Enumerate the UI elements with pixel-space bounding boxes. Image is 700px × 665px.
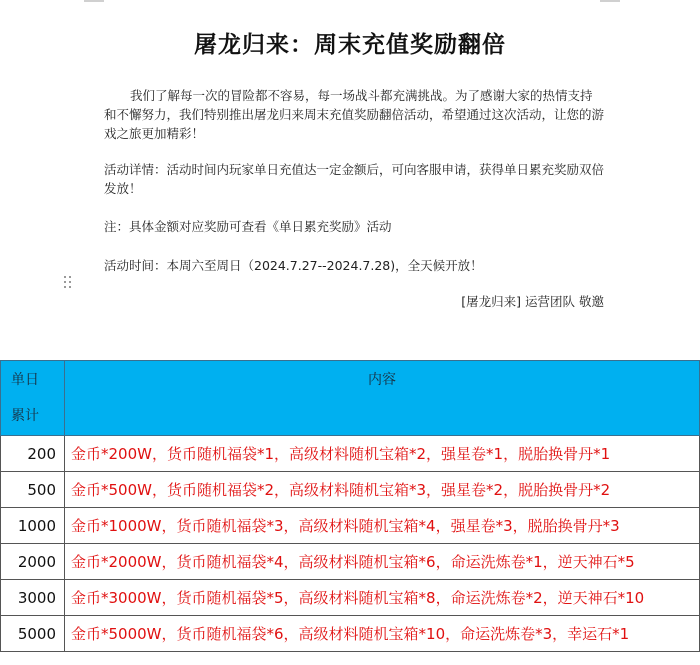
table-header-row: 单日 累计 内容 <box>1 361 700 436</box>
row-content: 金币*5000W，货币随机福袋*6，高级材料随机宝箱*10，命运洗炼卷*3，幸运… <box>65 616 700 652</box>
drag-handle-icon[interactable] <box>64 276 74 290</box>
table-row: 2000 金币*2000W，货币随机福袋*4，高级材料随机宝箱*6，命运洗炼卷*… <box>1 544 700 580</box>
table-row: 1000 金币*1000W，货币随机福袋*3，高级材料随机宝箱*4，强星卷*3，… <box>1 508 700 544</box>
header-content: 内容 <box>65 361 700 436</box>
signature: [屠龙归来] 运营团队 敬邀 <box>461 292 604 310</box>
intro-paragraph: 我们了解每一次的冒险都不容易，每一场战斗都充满挑战。为了感谢大家的热情支持和不懈… <box>104 86 604 143</box>
row-amount: 5000 <box>1 616 65 652</box>
row-content: 金币*2000W，货币随机福袋*4，高级材料随机宝箱*6，命运洗炼卷*1，逆天神… <box>65 544 700 580</box>
table-row: 3000 金币*3000W，货币随机福袋*5，高级材料随机宝箱*8，命运洗炼卷*… <box>1 580 700 616</box>
page-corner-mark-right <box>600 0 620 2</box>
row-content: 金币*500W，货币随机福袋*2，高级材料随机宝箱*3，强星卷*2，脱胎换骨丹*… <box>65 472 700 508</box>
row-amount: 500 <box>1 472 65 508</box>
table-row: 5000 金币*5000W，货币随机福袋*6，高级材料随机宝箱*10，命运洗炼卷… <box>1 616 700 652</box>
rewards-table: 单日 累计 内容 200 金币*200W，货币随机福袋*1，高级材料随机宝箱*2… <box>0 360 700 652</box>
table-row: 200 金币*200W，货币随机福袋*1，高级材料随机宝箱*2，强星卷*1，脱胎… <box>1 436 700 472</box>
row-content: 金币*1000W，货币随机福袋*3，高级材料随机宝箱*4，强星卷*3，脱胎换骨丹… <box>65 508 700 544</box>
event-time-paragraph: 活动时间：本周六至周日（2024.7.27--2024.7.28)，全天候开放！ <box>104 256 604 275</box>
header-daily-total: 单日 累计 <box>1 361 65 436</box>
header-daily-total-line1: 单日 <box>11 362 63 398</box>
header-daily-total-line2: 累计 <box>11 398 63 434</box>
document-title: 屠龙归来：周末充值奖励翻倍 <box>0 26 700 59</box>
row-amount: 3000 <box>1 580 65 616</box>
row-amount: 200 <box>1 436 65 472</box>
row-content: 金币*3000W，货币随机福袋*5，高级材料随机宝箱*8，命运洗炼卷*2，逆天神… <box>65 580 700 616</box>
row-amount: 1000 <box>1 508 65 544</box>
event-details-paragraph: 活动详情：活动时间内玩家单日充值达一定金额后，可向客服申请，获得单日累充奖励双倍… <box>104 160 604 198</box>
page-corner-mark-left <box>84 0 104 2</box>
row-amount: 2000 <box>1 544 65 580</box>
note-paragraph: 注：具体金额对应奖励可查看《单日累充奖励》活动 <box>104 217 604 236</box>
row-content: 金币*200W，货币随机福袋*1，高级材料随机宝箱*2，强星卷*1，脱胎换骨丹*… <box>65 436 700 472</box>
table-row: 500 金币*500W，货币随机福袋*2，高级材料随机宝箱*3，强星卷*2，脱胎… <box>1 472 700 508</box>
